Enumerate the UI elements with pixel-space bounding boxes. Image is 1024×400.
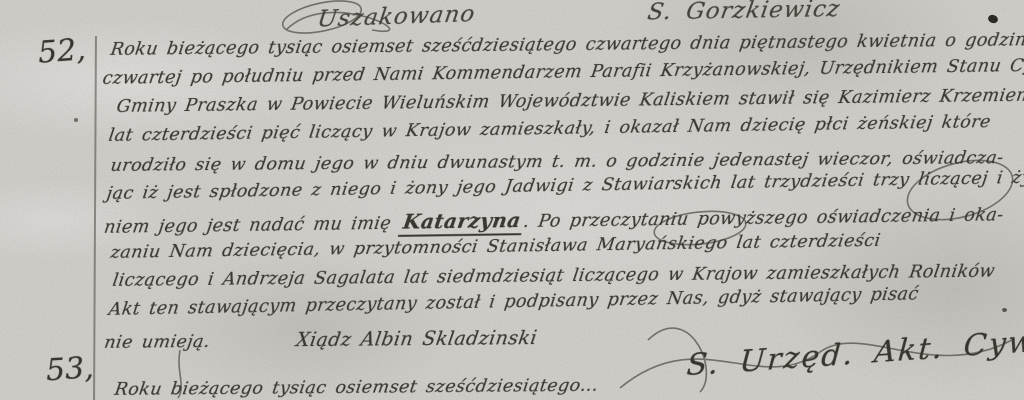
manuscript-line-1: Roku bieżącego tysiąc osiemset sześćdzie… (109, 31, 1023, 60)
margin-rule (93, 36, 97, 400)
record-number-52: 52, (37, 32, 87, 70)
closing-phrase: nie umieją. (103, 332, 212, 353)
record-number-53: 53, (45, 351, 94, 388)
manuscript-line-12-partial: Roku bieżącego tysiąc osiemset sześćdzie… (113, 373, 1024, 400)
manuscript-line-2: czwartej po południu przed Nami Kommenda… (101, 57, 1016, 89)
manuscript-line-4: lat czterdzieści pięć liczący w Krajow z… (107, 113, 1022, 147)
header-annotation-right: S. Gorzkiewicz (646, 0, 843, 26)
ink-speck (74, 118, 78, 122)
line-7-post-text: . Po przeczytaniu powyższego oświadczeni… (522, 205, 1005, 232)
manuscript-scan-page: Uszakowano S. Gorzkiewicz 52, Roku bieżą… (0, 0, 1024, 400)
ink-speck (987, 14, 999, 25)
line-7-pre-text: niem jego jest nadać mu imię (103, 214, 402, 238)
child-name-underlined: Katarzyna (398, 208, 525, 237)
manuscript-line-3: Gminy Praszka w Powiecie Wieluńskim Woje… (115, 87, 1024, 117)
ink-speck (1002, 308, 1007, 312)
priest-signature: Xiądz Albin Skladzinski (295, 327, 539, 351)
header-annotation-left: Uszakowano (316, 1, 477, 32)
